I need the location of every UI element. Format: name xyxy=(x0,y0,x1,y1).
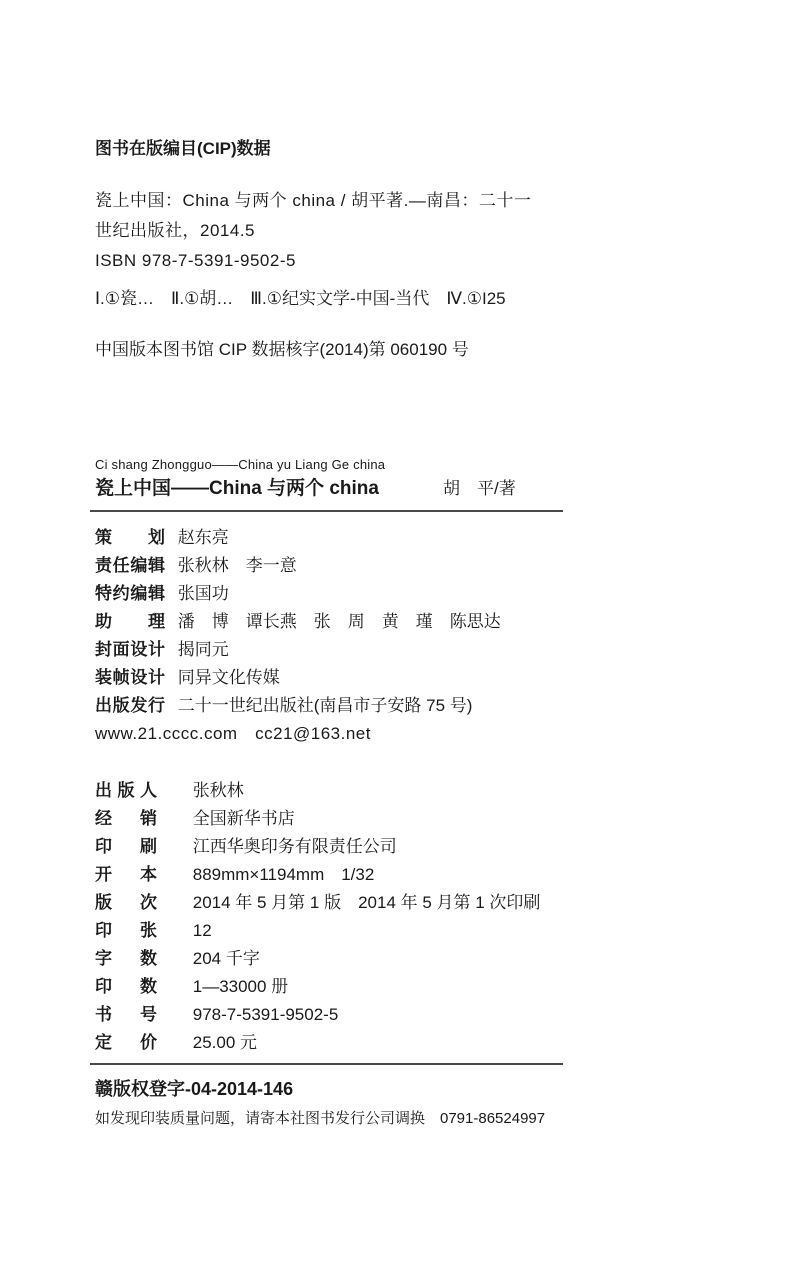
publication-row: 版次 2014 年 5 月第 1 版 2014 年 5 月第 1 次印刷 xyxy=(95,889,695,917)
book-author: 胡 平/著 xyxy=(443,477,516,501)
publication-row: 开本 889mm×1194mm 1/32 xyxy=(95,861,695,889)
isbn-line: ISBN 978-7-5391-9502-5 xyxy=(95,246,695,276)
publication-block: 出版人 张秋林 经销 全国新华书店 印刷 江西华奥印务有限责任公司 开本 889… xyxy=(95,777,695,1057)
credit-label: 助理 xyxy=(95,608,165,636)
cip-classification: Ⅰ.①瓷… Ⅱ.①胡… Ⅲ.①纪实文学-中国-当代 Ⅳ.①I25 xyxy=(95,288,695,310)
credit-row: 助理 潘 博 谭长燕 张 周 黄 瑾 陈思达 xyxy=(95,608,695,636)
publication-value: 江西华奥印务有限责任公司 xyxy=(193,833,397,861)
publication-label: 印张 xyxy=(95,917,157,945)
credit-label: 特约编辑 xyxy=(95,580,165,608)
publication-label: 经销 xyxy=(95,805,157,833)
publication-row: 出版人 张秋林 xyxy=(95,777,695,805)
credit-label: 装帧设计 xyxy=(95,664,165,692)
credit-value: 张国功 xyxy=(178,580,229,608)
publication-row: 印张 12 xyxy=(95,917,695,945)
credit-row: 责任编辑 张秋林 李一意 xyxy=(95,552,695,580)
credit-value: 同异文化传媒 xyxy=(178,664,280,692)
publication-row: 字数 204 千字 xyxy=(95,945,695,973)
publication-value: 1—33000 册 xyxy=(193,973,288,1001)
publication-value: 889mm×1194mm 1/32 xyxy=(193,861,375,889)
divider-bottom xyxy=(90,1063,563,1065)
publication-value: 2014 年 5 月第 1 版 2014 年 5 月第 1 次印刷 xyxy=(193,889,541,917)
publication-label: 开本 xyxy=(95,861,157,889)
publication-row: 印刷 江西华奥印务有限责任公司 xyxy=(95,833,695,861)
credit-label: 策划 xyxy=(95,524,165,552)
cip-heading: 图书在版编目(CIP)数据 xyxy=(95,138,695,160)
quality-note: 如发现印装质量问题，请寄本社图书发行公司调换 0791-86524997 xyxy=(95,1109,695,1129)
title-line: 瓷上中国——China 与两个 china 胡 平/著 xyxy=(95,476,695,502)
copyright-registration: 赣版权登字-04-2014-146 xyxy=(95,1077,695,1101)
book-title: 瓷上中国——China 与两个 china xyxy=(95,478,379,499)
credit-label: 出版发行 xyxy=(95,692,165,720)
publication-label: 出版人 xyxy=(95,777,157,805)
title-pinyin: Ci shang Zhongguo——China yu Liang Ge chi… xyxy=(95,457,695,473)
publication-label: 版次 xyxy=(95,889,157,917)
credit-value: 张秋林 李一意 xyxy=(178,552,297,580)
credit-value: 二十一世纪出版社(南昌市子安路 75 号) xyxy=(178,692,473,720)
credit-value: 潘 博 谭长燕 张 周 黄 瑾 陈思达 xyxy=(178,608,501,636)
publication-label: 印刷 xyxy=(95,833,157,861)
publication-value: 204 千字 xyxy=(193,945,260,973)
cip-record-number: 中国版本图书馆 CIP 数据核字(2014)第 060190 号 xyxy=(95,339,695,361)
credit-value: 赵东亮 xyxy=(178,524,229,552)
publication-label: 字数 xyxy=(95,945,157,973)
publication-label: 定价 xyxy=(95,1029,157,1057)
publication-row: 定价 25.00 元 xyxy=(95,1029,695,1057)
publication-value: 全国新华书店 xyxy=(193,805,295,833)
credit-row: 特约编辑 张国功 xyxy=(95,580,695,608)
copyright-page: 图书在版编目(CIP)数据 瓷上中国：China 与两个 china / 胡平著… xyxy=(0,0,790,1283)
publication-value: 12 xyxy=(193,917,212,945)
publication-row: 印数 1—33000 册 xyxy=(95,973,695,1001)
website-email-line: www.21.cccc.com cc21@163.net xyxy=(95,720,695,748)
publication-row: 经销 全国新华书店 xyxy=(95,805,695,833)
cip-record-line2: 世纪出版社，2014.5 xyxy=(95,216,695,246)
title-block: Ci shang Zhongguo——China yu Liang Ge chi… xyxy=(95,457,695,512)
credit-row: 出版发行 二十一世纪出版社(南昌市子安路 75 号) xyxy=(95,692,695,720)
cip-record-paragraph: 瓷上中国：China 与两个 china / 胡平著.—南昌：二十一 世纪出版社… xyxy=(95,186,695,276)
credit-label: 责任编辑 xyxy=(95,552,165,580)
cip-record-line1: 瓷上中国：China 与两个 china / 胡平著.—南昌：二十一 xyxy=(95,186,695,216)
publication-value: 张秋林 xyxy=(193,777,244,805)
credit-label: 封面设计 xyxy=(95,636,165,664)
credit-value: 揭同元 xyxy=(178,636,229,664)
credit-row: 封面设计 揭同元 xyxy=(95,636,695,664)
publication-value: 978-7-5391-9502-5 xyxy=(193,1001,339,1029)
credit-row: 装帧设计 同异文化传媒 xyxy=(95,664,695,692)
publication-label: 书号 xyxy=(95,1001,157,1029)
publication-label: 印数 xyxy=(95,973,157,1001)
publication-value: 25.00 元 xyxy=(193,1029,257,1057)
divider-top xyxy=(90,510,563,512)
publication-row: 书号 978-7-5391-9502-5 xyxy=(95,1001,695,1029)
credits-block: 策划 赵东亮 责任编辑 张秋林 李一意 特约编辑 张国功 助理 潘 博 谭长燕 … xyxy=(95,524,695,748)
credit-row: 策划 赵东亮 xyxy=(95,524,695,552)
